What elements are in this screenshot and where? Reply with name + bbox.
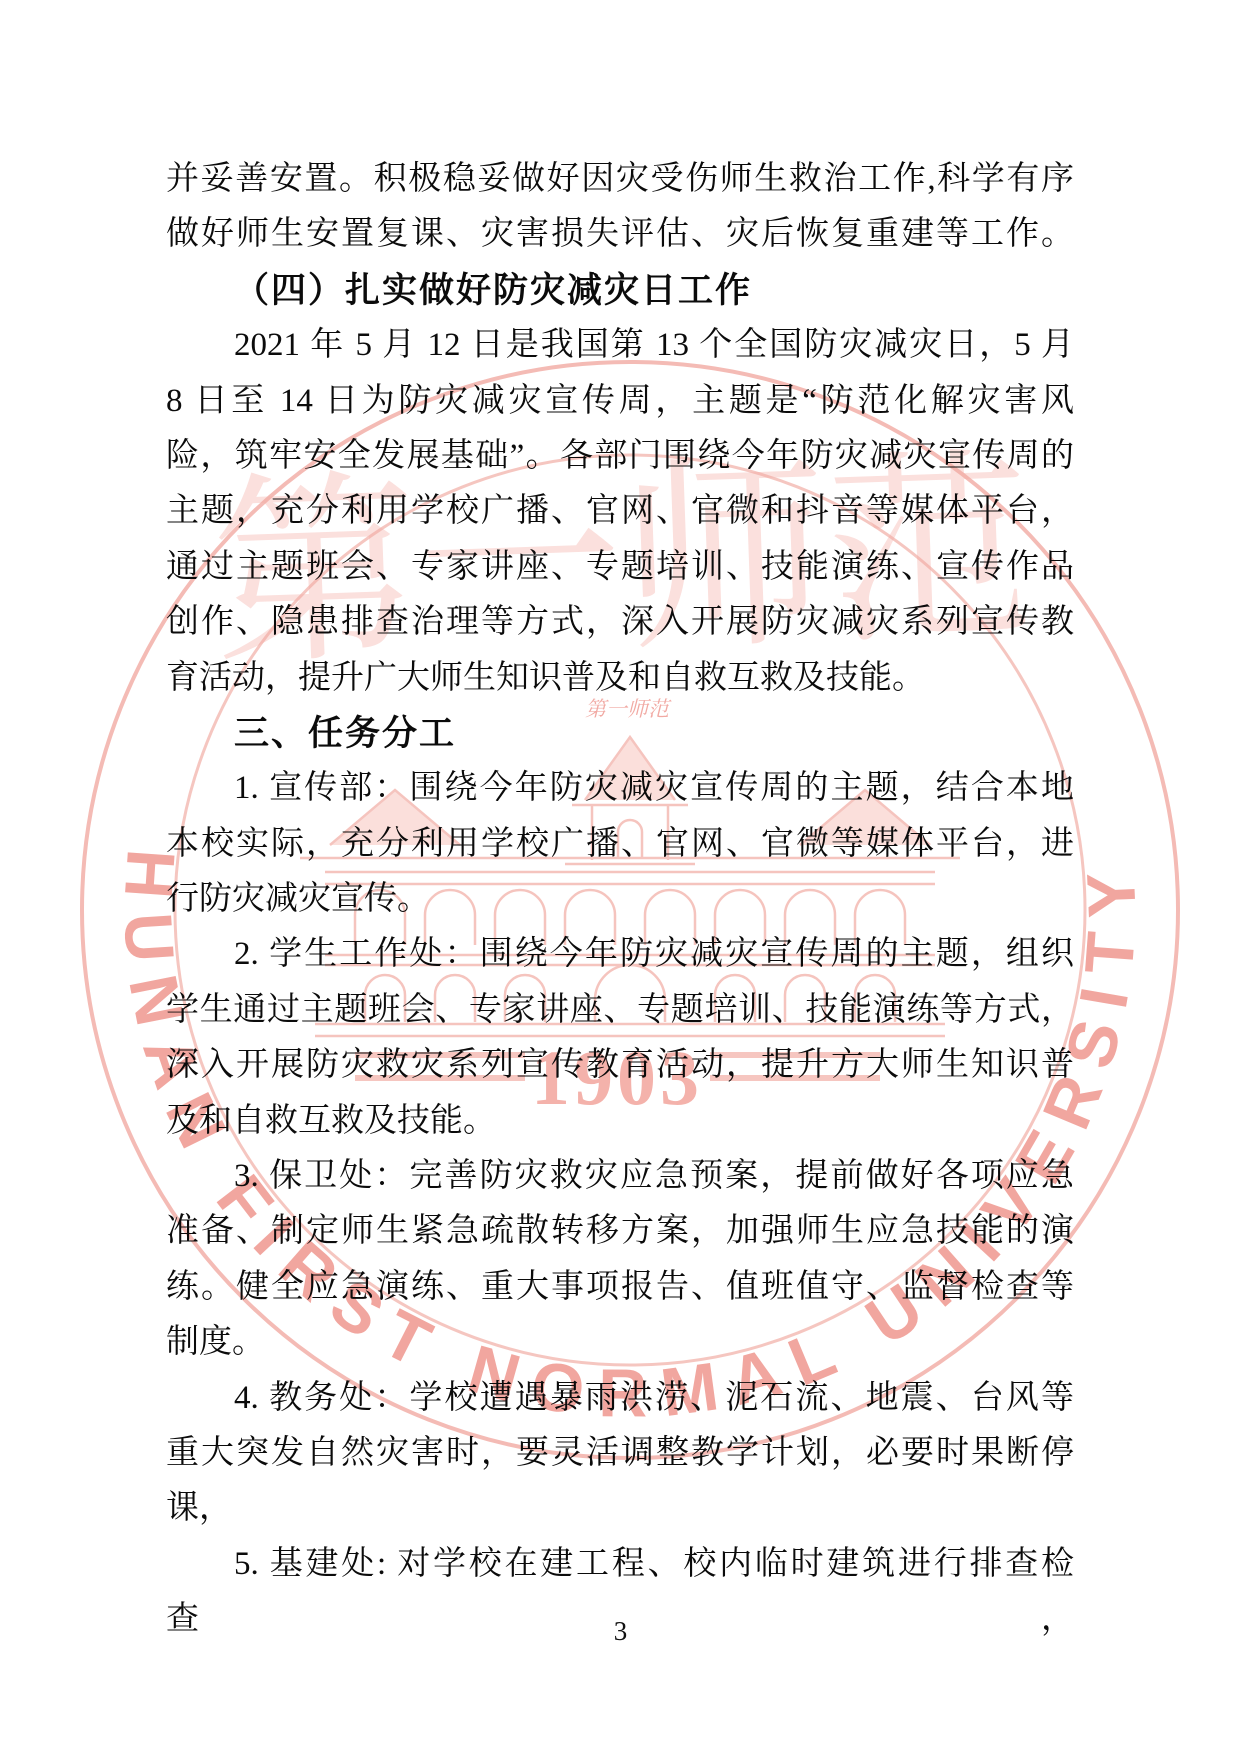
heading-line: （四）扎实做好防灾减灾日工作 — [166, 263, 1074, 318]
text-line: 4. 教务处：学校遭遇暴雨洪涝、泥石流、地震、台风等 — [166, 1371, 1074, 1426]
text-line: 及和自救互救及技能。 — [166, 1094, 1074, 1149]
text-line: 本校实际，充分利用学校广播、官网、官微等媒体平台，进 — [166, 817, 1074, 872]
heading-line: 三、任务分工 — [166, 706, 1074, 761]
text-line: 行防灾减灾宣传。 — [166, 872, 1074, 927]
text-line: 育活动，提升广大师生知识普及和自救互救及技能。 — [166, 651, 1074, 706]
text-line: 重大突发自然灾害时，要灵活调整教学计划，必要时果断停 — [166, 1426, 1074, 1481]
text-line: 3. 保卫处：完善防灾救灾应急预案，提前做好各项应急 — [166, 1149, 1074, 1204]
document-page: 第一师范 第一师范 — [0, 0, 1241, 1755]
text-line: 2. 学生工作处：围绕今年防灾减灾宣传周的主题，组织 — [166, 927, 1074, 982]
text-line: 制度。 — [166, 1315, 1074, 1370]
text-line: 2021 年 5 月 12 日是我国第 13 个全国防灾减灾日，5 月 — [166, 318, 1074, 373]
text-line: 1. 宣传部：围绕今年防灾减灾宣传周的主题，结合本地 — [166, 761, 1074, 816]
text-line: 主题，充分利用学校广播、官网、官微和抖音等媒体平台， — [166, 484, 1074, 539]
text-line: 创作、隐患排查治理等方式，深入开展防灾减灾系列宣传教 — [166, 595, 1074, 650]
text-line: 课， — [166, 1481, 1074, 1536]
text-line: 准备、制定师生紧急疏散转移方案，加强师生应急技能的演 — [166, 1204, 1074, 1259]
text-line: 练。健全应急演练、重大事项报告、值班值守、监督检查等 — [166, 1260, 1074, 1315]
text-line: 学生通过主题班会、专家讲座、专题培训、技能演练等方式， — [166, 983, 1074, 1038]
text-line: 5. 基建处: 对学校在建工程、校内临时建筑进行排查检查， — [166, 1537, 1074, 1592]
page-number: 3 — [0, 1616, 1241, 1647]
text-line: 通过主题班会、专家讲座、专题培训、技能演练、宣传作品 — [166, 540, 1074, 595]
text-line: 8 日至 14 日为防灾减灾宣传周，主题是“防范化解灾害风 — [166, 374, 1074, 429]
text-line: 深入开展防灾救灾系列宣传教育活动，提升方大师生知识普 — [166, 1038, 1074, 1093]
text-line: 并妥善安置。积极稳妥做好因灾受伤师生救治工作,科学有序 — [166, 152, 1074, 207]
text-line: 险，筑牢安全发展基础”。各部门围绕今年防灾减灾宣传周的 — [166, 429, 1074, 484]
document-body: 并妥善安置。积极稳妥做好因灾受伤师生救治工作,科学有序做好师生安置复课、灾害损失… — [166, 152, 1074, 1592]
text-line: 做好师生安置复课、灾害损失评估、灾后恢复重建等工作。 — [166, 207, 1074, 262]
